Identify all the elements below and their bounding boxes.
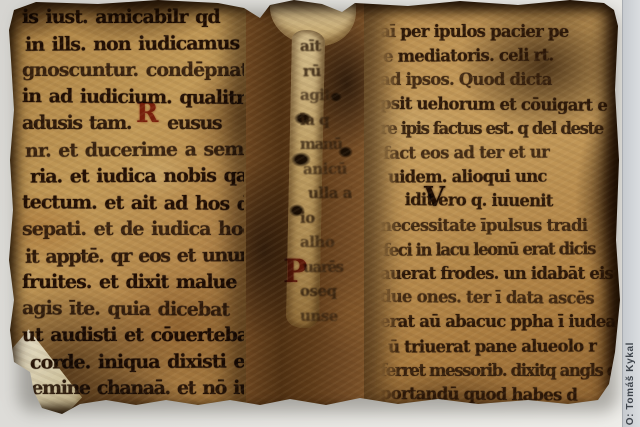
manuscript-text-fragment: oseq [300,279,352,304]
rubric-initial-p: P [283,252,307,290]
manuscript-text-line: aī per ipulos pacier pe [380,20,618,44]
photo-credit-strip: O: Tomáš Kykal [623,0,640,427]
manuscript-text-line: psit uehorum et cōuigart e [380,92,618,118]
manuscript-text-line: fruites. et dixit malue [22,269,244,296]
manuscript-text-line: in ills. non iudicamus [25,30,244,58]
manuscript-text-line: ferret messorib. dixitq angls d [380,359,618,383]
manuscript-text-line: sepati. et de iudica hoc [22,216,244,243]
manuscript-text-line: adusis tam. eusus [22,110,244,137]
left-page-text: is iust. amicabilr qdin ills. non iudica… [22,4,244,406]
manuscript-text-line: feci in lacu leonū erat dicis [383,237,618,263]
manuscript-text-line: uidem. alioqui unc [388,165,618,190]
manuscript-text-fragment: io [300,205,352,230]
manuscript-text-line: ria. et iudica nobis qa [30,162,244,190]
manuscript-text-line: ut audisti et cōuerteba [22,322,244,349]
manuscript-text-line: is iust. amicabilr qd [22,4,244,31]
manuscript-text-line: e mediatoris. celi rt. [383,43,618,69]
manuscript-text-fragment: rū [303,58,352,83]
rubric-initial-r: R [136,98,158,129]
inked-initial-v: V [424,182,445,213]
manuscript-text-fragment: unse [300,303,352,328]
manuscript-text-line: re ipis factus est. q del deste [380,117,618,141]
manuscript-text-fragment: īa q [300,107,352,132]
manuscript-text-line: ad ipsos. Quod dicta [380,68,618,92]
manuscript-text-fragment: anicū [303,156,352,181]
manuscript-text-line: erat aū abacuc ppha ī iudea [380,310,618,334]
gutter-text-fragments: aītrūagitīa qmanūanicūulla alioalhouarēs… [300,34,352,364]
manuscript-text-line: gnoscuntur. condēpnatis [22,57,244,84]
right-page-text: aī per ipulos pacier pee mediatoris. cel… [380,20,618,412]
manuscript-text-line: due ones. ter ī data ascēs [380,285,618,311]
manuscript-text-fragment: uarēs [303,254,352,279]
photo-credit-text: O: Tomáš Kykal [625,342,636,425]
manuscript-book: is iust. amicabilr qdin ills. non iudica… [8,0,620,416]
manuscript-text-line: nr. et ducerime a seme [25,136,244,164]
manuscript-text-fragment: alho [300,230,352,255]
manuscript-text-fragment: ulla al [308,181,352,206]
manuscript-text-line: in ad iudicium. qualitr [22,83,244,111]
manuscript-text-line: auerat frodes. un idabāt eis [380,262,618,286]
manuscript-text-line: tectum. et ait ad hos dan [22,189,244,217]
manuscript-text-fragment: manū [300,132,352,157]
manuscript-text-line: corde. iniqua dixisti et [30,348,244,376]
manuscript-text-line: semine chanaā. et nō iuda [22,375,244,402]
manuscript-text-line: agis īte. quia dicebat [22,295,244,323]
manuscript-text-line: fact eos ad ter et ur [383,140,618,166]
manuscript-text-fragment: agit [300,83,352,108]
photograph: is iust. amicabilr qdin ills. non iudica… [0,0,640,427]
manuscript-text-fragment: aīt [300,34,352,59]
manuscript-text-line: it apptē. qr eos et unum [25,242,244,270]
manuscript-text-line: idit ero q. iuuenit [380,188,618,214]
manuscript-text-line: necessitate īpulsus tradi [380,214,618,238]
manuscript-text-line: ū triuerat pane alueolo r [388,334,618,359]
